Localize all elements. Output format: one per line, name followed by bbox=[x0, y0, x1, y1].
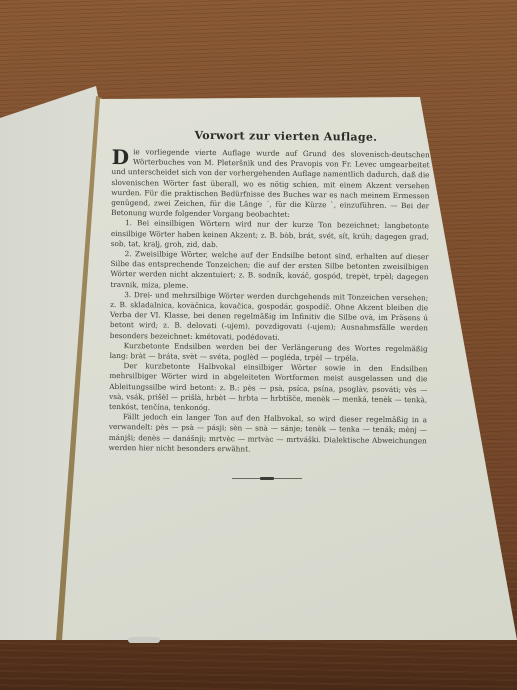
paragraph-rule-2: 2. Zweisilbige Wörter, welche auf der En… bbox=[110, 249, 428, 293]
preface-text-block: Vorwort zur vierten Auflage. Die vorlieg… bbox=[109, 128, 430, 456]
paragraph-intro: Die vorliegende vierte Auflage wurde auf… bbox=[111, 147, 430, 222]
paragraph-rule-3: 3. Drei- und mehrsilbige Wörter werden d… bbox=[110, 290, 429, 344]
dropcap-letter: D bbox=[112, 148, 130, 166]
paragraph-half-vowel: Der kurzbetonte Halbvokal einsilbiger Wö… bbox=[109, 361, 428, 415]
page-edge-nick bbox=[128, 637, 160, 643]
paragraph-intro-text: ie vorliegende vierte Auflage wurde auf … bbox=[111, 147, 430, 219]
paragraph-rule-1: 1. Bei einsilbigen Wörtern wird nur der … bbox=[111, 218, 429, 252]
paragraph-long-tone: Fällt jedoch ein langer Ton auf den Halb… bbox=[109, 412, 427, 456]
page-title: Vorwort zur vierten Auflage. bbox=[142, 128, 430, 144]
ornamental-divider bbox=[232, 478, 302, 479]
